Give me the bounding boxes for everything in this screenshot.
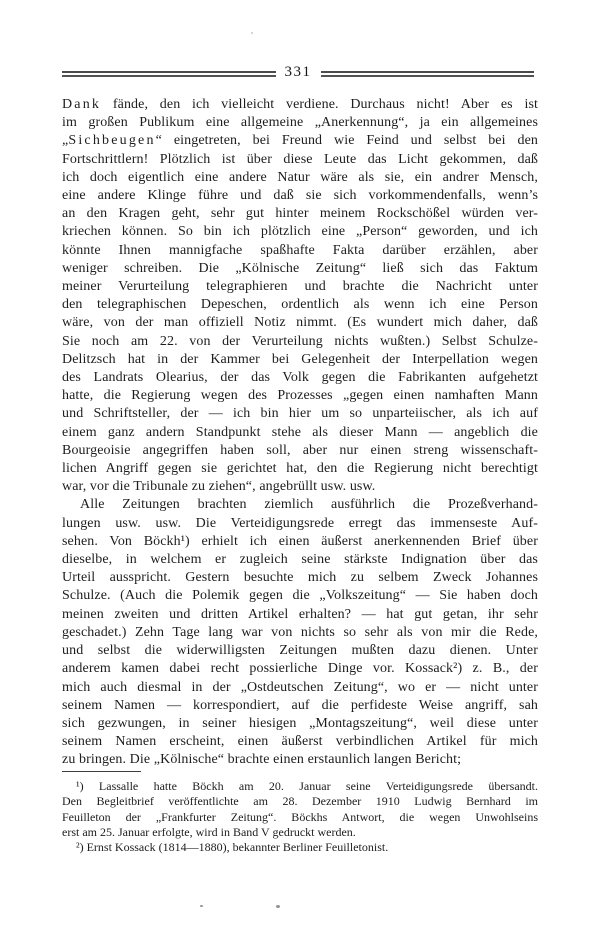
text-line: Urteil ausspricht. Gestern besuchte mich… bbox=[62, 569, 538, 587]
text-line: sich gezwungen, in seiner hiesigen „Mont… bbox=[62, 715, 538, 733]
paragraph-first-line: Alle Zeitungen brachten ziemlich ausführ… bbox=[62, 496, 538, 514]
text-line: meinen zweiten und dritten Artikel erhal… bbox=[62, 606, 538, 624]
text-line: könnte Ihnen mannigfache spaßhafte Fakta… bbox=[62, 242, 538, 260]
footnote-line: ²) Ernst Kossack (1814—1880), bekannter … bbox=[62, 840, 538, 855]
paragraph-last-line: war, vor die Tribunale zu ziehen“, angeb… bbox=[62, 478, 538, 496]
footnote-line: Feuilleton der „Frankfurter Zeitung“. Bö… bbox=[62, 810, 538, 825]
text-line: des Landrats Olearius, der das Volk gege… bbox=[62, 369, 538, 387]
text-line: an den Kragen geht, sehr gut hinter mein… bbox=[62, 205, 538, 223]
text-line: Schulze. (Auch die Polemik gegen die „Vo… bbox=[62, 587, 538, 605]
footnote-line: Den Begleitbrief veröffentlichte am 28. … bbox=[62, 794, 538, 809]
text-line: Fortschrittlern! Plötzlich ist über dies… bbox=[62, 151, 538, 169]
text-line: ich doch eigentlich eine andere Natur wä… bbox=[62, 169, 538, 187]
footnote-line: erst am 25. Januar erfolgte, wird in Ban… bbox=[62, 825, 538, 840]
text-line: Delitzsch hat in der Kammer bei Gelegenh… bbox=[62, 351, 538, 369]
running-head: 331 bbox=[62, 66, 534, 81]
scan-speck bbox=[200, 905, 203, 907]
text-line: eine andere Klinge führe und daß sie sic… bbox=[62, 187, 538, 205]
text-line: einem ganz andern Standpunkt stehe als d… bbox=[62, 424, 538, 442]
text-line: meiner Verurteilung telegraphieren und b… bbox=[62, 278, 538, 296]
text-line: geschadet.) Zehn Tage lang war von nicht… bbox=[62, 624, 538, 642]
body-text-block: Dank fände, den ich vielleicht verdiene.… bbox=[62, 96, 538, 770]
text-line: sehen. Von Böckh¹) erhielt ich einen äuß… bbox=[62, 533, 538, 551]
text-line: Bourgeoisie angegriffen haben soll, aber… bbox=[62, 442, 538, 460]
text-line: „Sichbeugen“ eingetreten, bei Freund wie… bbox=[62, 132, 538, 150]
text-line: seinem Namen erscheint, einen äußerst ve… bbox=[62, 733, 538, 751]
footnote-separator-rule bbox=[62, 771, 141, 772]
text-line: seinem Namen — korrespondiert, auf die p… bbox=[62, 697, 538, 715]
text-line: Dank fände, den ich vielleicht verdiene.… bbox=[62, 96, 538, 114]
text-line: wäre, von der man offiziell Notiz nimmt.… bbox=[62, 314, 538, 332]
footnote-line: ¹) Lassalle hatte Böckh am 20. Januar se… bbox=[62, 779, 538, 794]
text-line: mich auch diesmal in der „Ostdeutschen Z… bbox=[62, 679, 538, 697]
header-rule-left bbox=[62, 71, 276, 77]
text-line: lichen Angriff gegen sie gerichtet hat, … bbox=[62, 460, 538, 478]
text-line: hatte, die Regierung wegen des Prozesses… bbox=[62, 387, 538, 405]
text-line: dieselbe, in welchem er zugleich seine s… bbox=[62, 551, 538, 569]
spaced-emphasis-word: Dank bbox=[62, 97, 101, 112]
scan-speck bbox=[276, 905, 280, 908]
text-line: Sie noch am 22. von der Verurteilung nic… bbox=[62, 333, 538, 351]
text-segment: fände, den ich vielleicht verdiene. Durc… bbox=[101, 97, 538, 112]
page-number: 331 bbox=[285, 65, 312, 80]
text-line: lungen usw. usw. Die Verteidigungsrede e… bbox=[62, 515, 538, 533]
paragraph-last-line: zu bringen. Die „Kölnische“ brachte eine… bbox=[62, 751, 538, 769]
text-line: im großen Publikum eine allgemeine „Aner… bbox=[62, 114, 538, 132]
text-line: den telegraphischen Depeschen, ordentlic… bbox=[62, 296, 538, 314]
footnotes-block: ¹) Lassalle hatte Böckh am 20. Januar se… bbox=[62, 779, 538, 855]
book-page-scan: 331 Dank fände, den ich vielleicht verdi… bbox=[0, 0, 600, 952]
text-line: und selbst die widerwilligsten Zeitungen… bbox=[62, 642, 538, 660]
text-segment: “ eingetreten, bei Freund wie Feind und … bbox=[156, 133, 538, 148]
text-line: anderem kamen dabei recht possierliche D… bbox=[62, 660, 538, 678]
header-rule-right bbox=[321, 71, 535, 77]
text-line: kriechen können. So bin ich plötzlich ei… bbox=[62, 223, 538, 241]
text-line: weniger schreiben. Die „Kölnische Zeitun… bbox=[62, 260, 538, 278]
text-line: und Schriftsteller, der — ich bin hier u… bbox=[62, 405, 538, 423]
scan-speck bbox=[251, 32, 253, 34]
spaced-emphasis-word: Sichbeugen bbox=[68, 133, 155, 148]
